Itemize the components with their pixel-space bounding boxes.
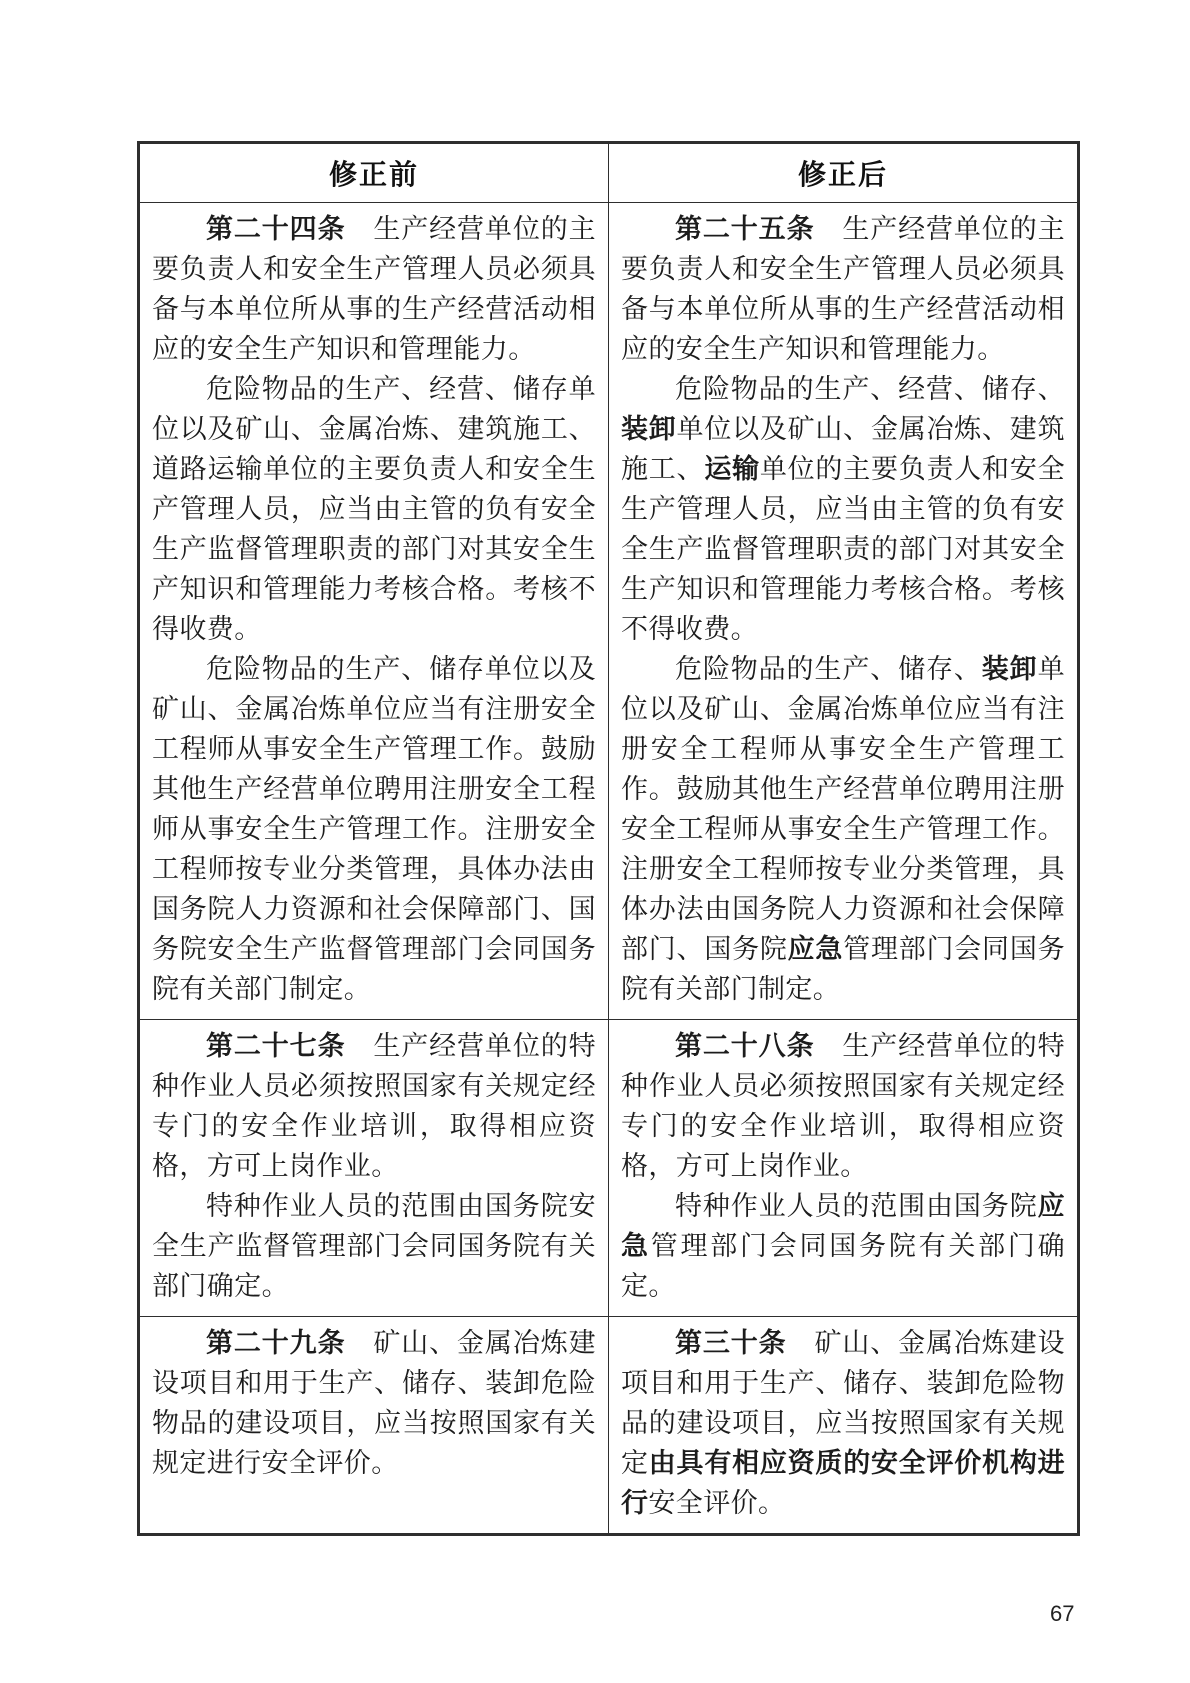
amended-text: 第二十四条 <box>206 214 345 244</box>
paragraph: 第二十四条 生产经营单位的主要负责人和安全生产管理人员必须具备与本单位所从事的生… <box>152 209 596 369</box>
comparison-table-body: 第二十四条 生产经营单位的主要负责人和安全生产管理人员必须具备与本单位所从事的生… <box>139 203 1079 1535</box>
table-row: 第二十七条 生产经营单位的特种作业人员必须按照国家有关规定经专门的安全作业培训，… <box>139 1020 1079 1317</box>
paragraph: 第二十八条 生产经营单位的特种作业人员必须按照国家有关规定经专门的安全作业培训，… <box>621 1026 1065 1186</box>
column-header-after: 修正后 <box>609 143 1079 203</box>
table-row: 第二十四条 生产经营单位的主要负责人和安全生产管理人员必须具备与本单位所从事的生… <box>139 203 1079 1020</box>
amended-text: 应急 <box>621 1191 1065 1261</box>
article-cell-after: 第三十条 矿山、金属冶炼建设项目和用于生产、储存、装卸危险物品的建设项目，应当按… <box>609 1317 1079 1535</box>
amended-text: 由具有相应资质的安全评价机构进行 <box>621 1448 1065 1518</box>
article-cell-after: 第二十八条 生产经营单位的特种作业人员必须按照国家有关规定经专门的安全作业培训，… <box>609 1020 1079 1317</box>
amended-text: 第二十七条 <box>206 1031 345 1061</box>
paragraph: 特种作业人员的范围由国务院应急管理部门会同国务院有关部门确定。 <box>621 1186 1065 1306</box>
paragraph: 第二十七条 生产经营单位的特种作业人员必须按照国家有关规定经专门的安全作业培训，… <box>152 1026 596 1186</box>
paragraph: 第二十九条 矿山、金属冶炼建设项目和用于生产、储存、装卸危险物品的建设项目，应当… <box>152 1323 596 1483</box>
amended-text: 运输 <box>704 454 760 484</box>
table-header-row: 修正前 修正后 <box>139 143 1079 203</box>
amended-text: 装卸 <box>621 414 677 444</box>
document-page: 修正前 修正后 第二十四条 生产经营单位的主要负责人和安全生产管理人员必须具备与… <box>0 0 1190 1683</box>
column-header-before: 修正前 <box>139 143 609 203</box>
paragraph: 第二十五条 生产经营单位的主要负责人和安全生产管理人员必须具备与本单位所从事的生… <box>621 209 1065 369</box>
paragraph: 危险物品的生产、经营、储存、装卸单位以及矿山、金属冶炼、建筑施工、运输单位的主要… <box>621 369 1065 649</box>
paragraph: 危险物品的生产、储存单位以及矿山、金属冶炼单位应当有注册安全工程师从事安全生产管… <box>152 649 596 1009</box>
paragraph: 危险物品的生产、储存、装卸单位以及矿山、金属冶炼单位应当有注册安全工程师从事安全… <box>621 649 1065 1009</box>
amended-text: 装卸 <box>982 654 1038 684</box>
article-cell-before: 第二十七条 生产经营单位的特种作业人员必须按照国家有关规定经专门的安全作业培训，… <box>139 1020 609 1317</box>
amendment-comparison-table: 修正前 修正后 第二十四条 生产经营单位的主要负责人和安全生产管理人员必须具备与… <box>137 141 1080 1536</box>
table-row: 第二十九条 矿山、金属冶炼建设项目和用于生产、储存、装卸危险物品的建设项目，应当… <box>139 1317 1079 1535</box>
page-number: 67 <box>1050 1601 1074 1627</box>
amended-text: 第二十五条 <box>675 214 814 244</box>
paragraph: 第三十条 矿山、金属冶炼建设项目和用于生产、储存、装卸危险物品的建设项目，应当按… <box>621 1323 1065 1523</box>
amended-text: 第二十八条 <box>675 1031 814 1061</box>
paragraph: 特种作业人员的范围由国务院安全生产监督管理部门会同国务院有关部门确定。 <box>152 1186 596 1306</box>
article-cell-before: 第二十四条 生产经营单位的主要负责人和安全生产管理人员必须具备与本单位所从事的生… <box>139 203 609 1020</box>
paragraph: 危险物品的生产、经营、储存单位以及矿山、金属冶炼、建筑施工、道路运输单位的主要负… <box>152 369 596 649</box>
amended-text: 第二十九条 <box>206 1328 345 1358</box>
amended-text: 第三十条 <box>675 1328 787 1358</box>
article-cell-before: 第二十九条 矿山、金属冶炼建设项目和用于生产、储存、装卸危险物品的建设项目，应当… <box>139 1317 609 1535</box>
article-cell-after: 第二十五条 生产经营单位的主要负责人和安全生产管理人员必须具备与本单位所从事的生… <box>609 203 1079 1020</box>
amended-text: 应急 <box>788 934 844 964</box>
